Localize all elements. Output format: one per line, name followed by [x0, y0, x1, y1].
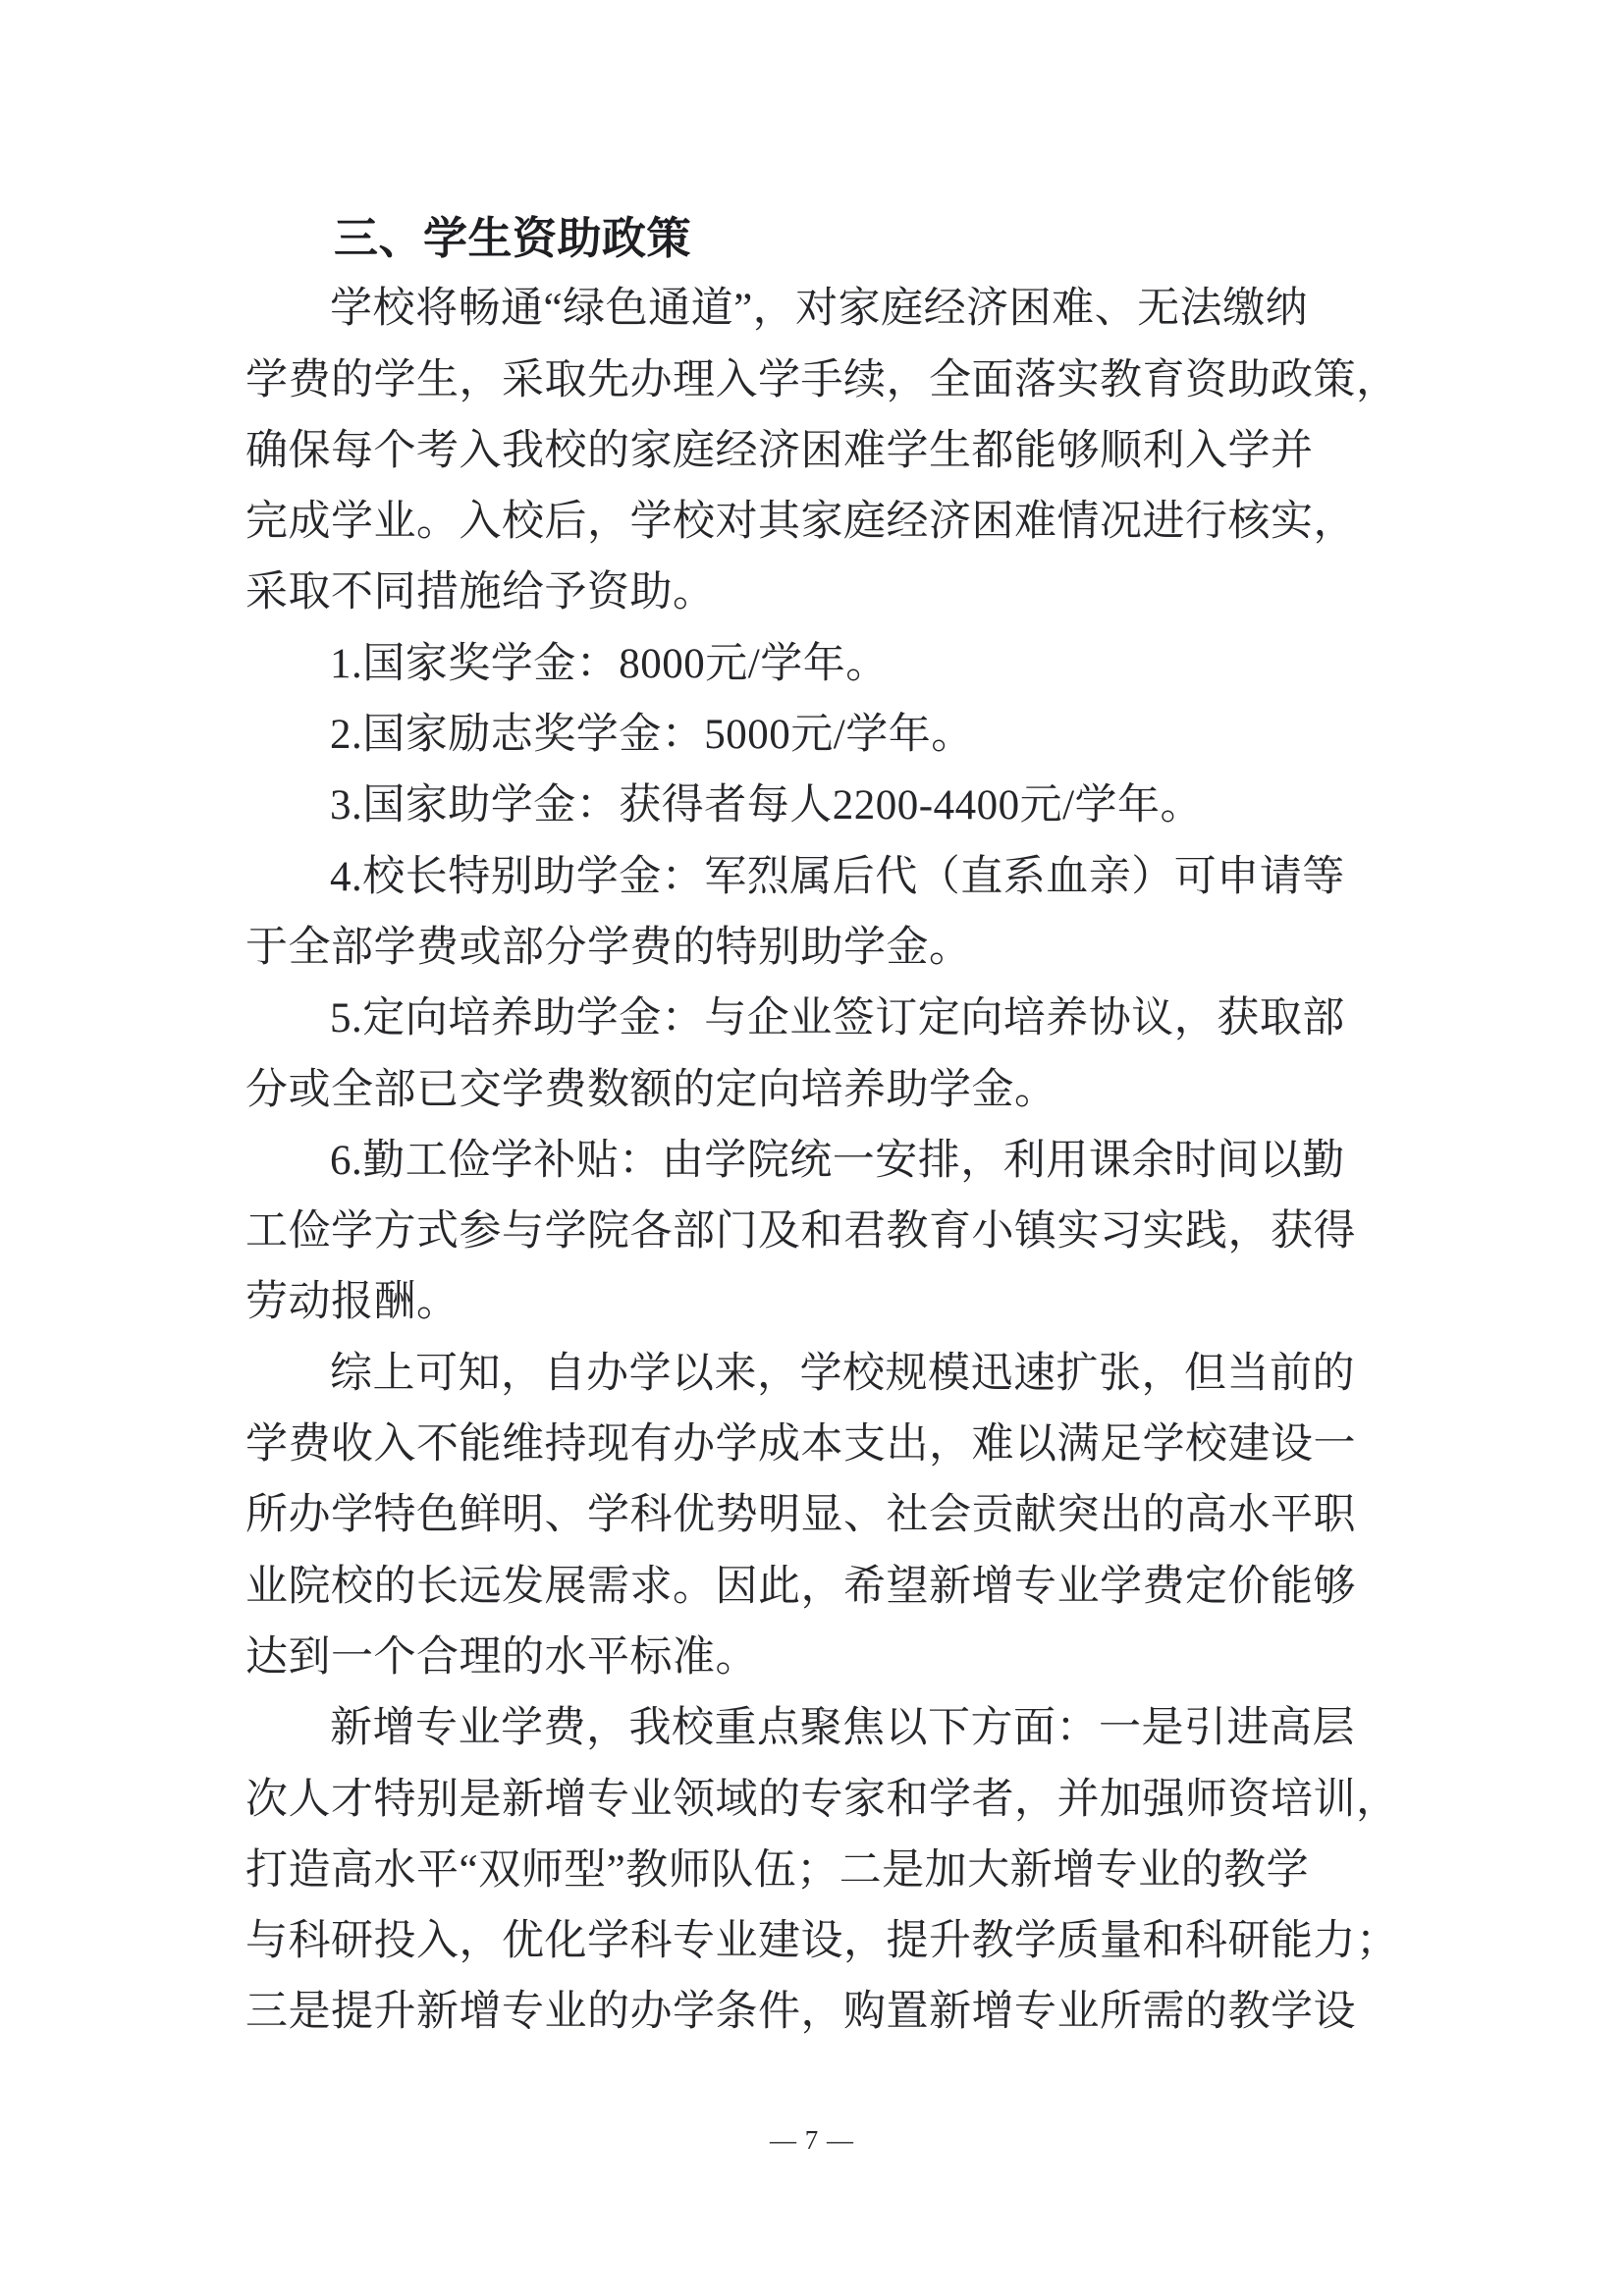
text-line: 与科研投入，优化学科专业建设，提升教学质量和科研能力； [245, 1906, 1394, 1977]
text-line: 学费的学生，采取先办理入学手续，全面落实教育资助政策， [245, 346, 1394, 416]
text-line: 2.国家励志奖学金：5000元/学年。 [245, 700, 1394, 771]
text-line: 劳动报酬。 [245, 1267, 1394, 1338]
section-heading: 三、学生资助政策 [245, 203, 1394, 274]
text-line: 工俭学方式参与学院各部门及和君教育小镇实习实践，获得 [245, 1197, 1394, 1267]
text-line: 三是提升新增专业的办学条件，购置新增专业所需的教学设 [245, 1977, 1394, 2048]
text-line: 次人才特别是新增专业领域的专家和学者，并加强师资培训， [245, 1765, 1394, 1836]
text-line: 达到一个合理的水平标准。 [245, 1623, 1394, 1693]
text-line: 3.国家助学金：获得者每人2200-4400元/学年。 [245, 771, 1394, 841]
text-line: 采取不同措施给予资助。 [245, 558, 1394, 628]
text-line: 打造高水平“双师型”教师队伍；二是加大新增专业的教学 [245, 1836, 1394, 1906]
text-line: 6.勤工俭学补贴：由学院统一安排，利用课余时间以勤 [245, 1126, 1394, 1197]
text-line: 学校将畅通“绿色通道”，对家庭经济困难、无法缴纳 [245, 274, 1394, 345]
text-line: 1.国家奖学金：8000元/学年。 [245, 629, 1394, 700]
text-line: 综上可知，自办学以来，学校规模迅速扩张，但当前的 [245, 1339, 1394, 1410]
text-line: 4.校长特别助学金：军烈属后代（直系血亲）可申请等 [245, 842, 1394, 913]
text-line: 确保每个考入我校的家庭经济困难学生都能够顺利入学并 [245, 416, 1394, 487]
text-line: 学费收入不能维持现有办学成本支出，难以满足学校建设一 [245, 1410, 1394, 1480]
text-line: 完成学业。入校后，学校对其家庭经济困难情况进行核实， [245, 487, 1394, 558]
document-body: 三、学生资助政策 学校将畅通“绿色通道”，对家庭经济困难、无法缴纳学费的学生，采… [245, 203, 1394, 2049]
text-line: 5.定向培养助学金：与企业签订定向培养协议，获取部 [245, 984, 1394, 1054]
text-line: 于全部学费或部分学费的特别助学金。 [245, 913, 1394, 984]
text-line: 分或全部已交学费数额的定向培养助学金。 [245, 1055, 1394, 1126]
text-line: 业院校的长远发展需求。因此，希望新增专业学费定价能够 [245, 1552, 1394, 1623]
text-line: 所办学特色鲜明、学科优势明显、社会贡献突出的高水平职 [245, 1480, 1394, 1551]
page-number: — 7 — [0, 2120, 1624, 2160]
document-page: 三、学生资助政策 学校将畅通“绿色通道”，对家庭经济困难、无法缴纳学费的学生，采… [0, 0, 1624, 2296]
text-line: 新增专业学费，我校重点聚焦以下方面：一是引进高层 [245, 1693, 1394, 1764]
